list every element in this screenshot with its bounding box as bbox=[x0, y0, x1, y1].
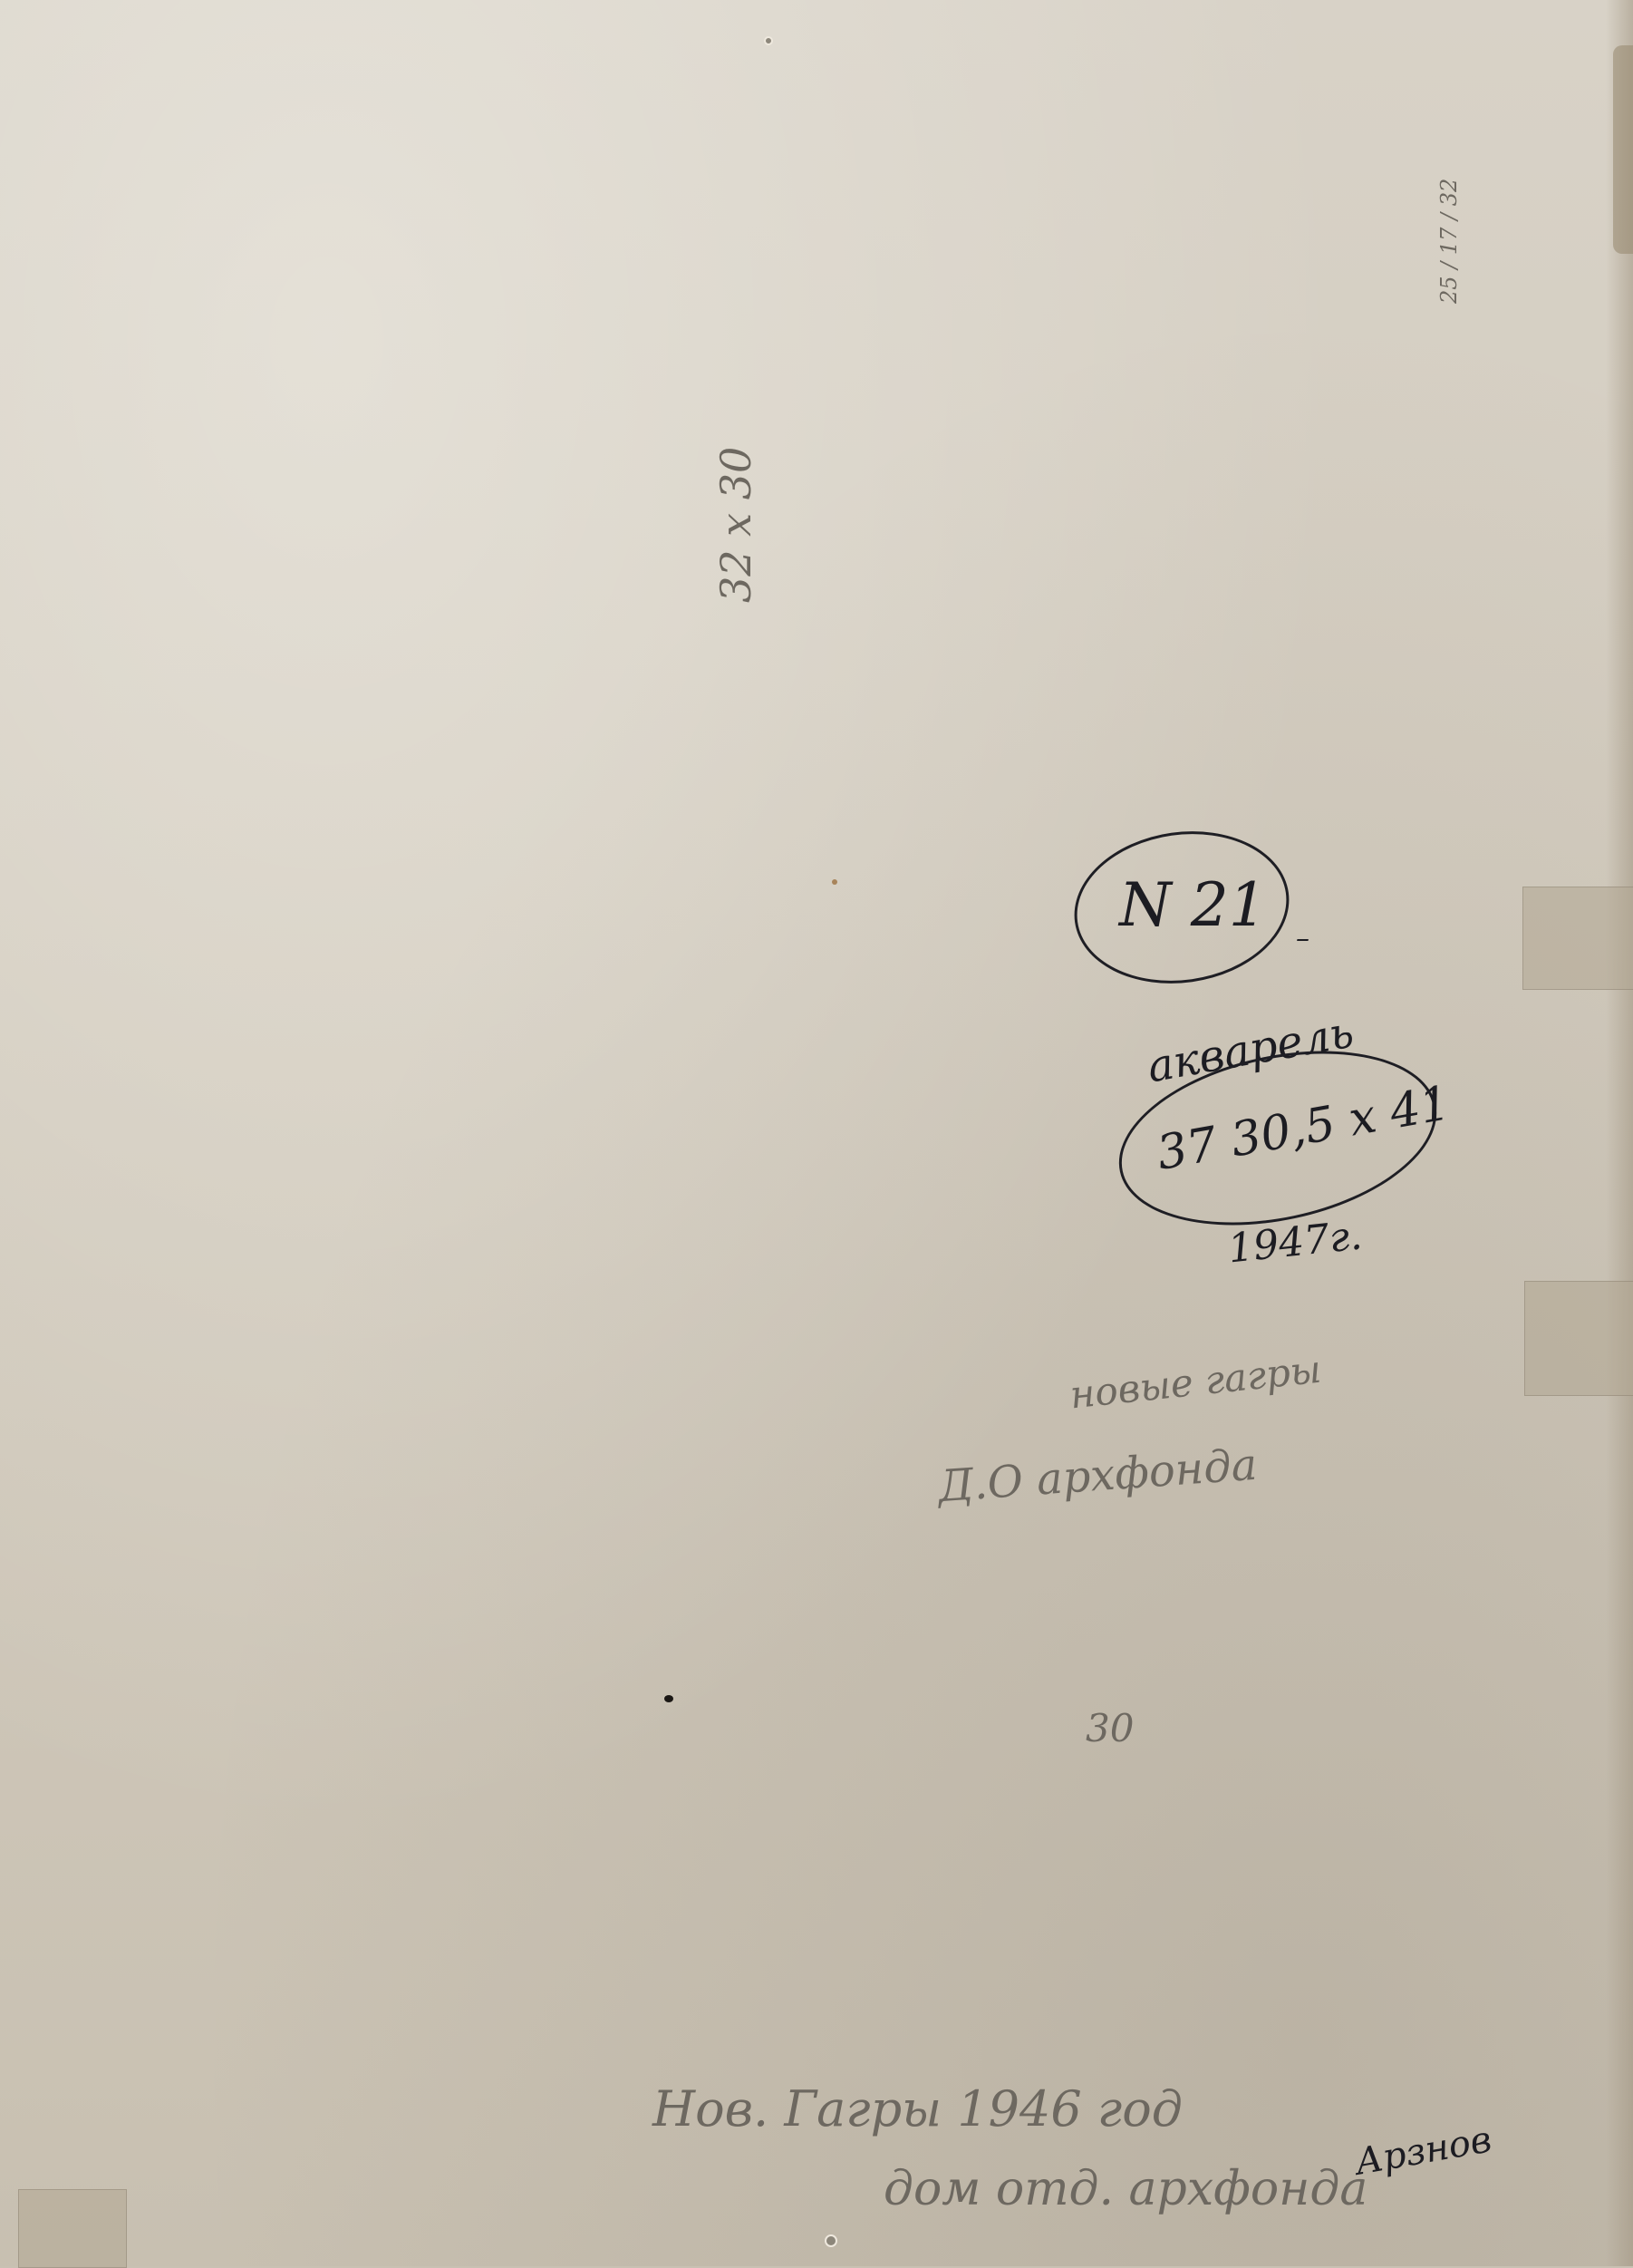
paper-edge-shadow bbox=[1606, 0, 1633, 2266]
tape-strip-bottom-left bbox=[18, 2189, 127, 2266]
signature: Арзнов bbox=[1352, 2118, 1494, 2184]
catalog-number: N 21 bbox=[1119, 870, 1267, 940]
rust-speck bbox=[832, 879, 837, 885]
dash-mark: – bbox=[1296, 923, 1309, 955]
bottom-line-2: дом отд. архфонда bbox=[884, 2162, 1367, 2216]
number-pencil: 30 bbox=[1086, 1706, 1134, 1750]
paper-stain bbox=[1613, 45, 1633, 254]
ink-speck bbox=[664, 1695, 673, 1702]
pin-hole-top bbox=[764, 36, 773, 45]
bottom-line-1: Нов. Гагры 1946 год bbox=[652, 2080, 1183, 2137]
dimensions-pencil-vertical: 32 x 30 bbox=[711, 447, 760, 603]
tape-strip-lower-right bbox=[1524, 1281, 1633, 1396]
corner-numbers: 25 / 17 / 32 bbox=[1436, 179, 1462, 304]
paper-sheet: 25 / 17 / 32 32 x 30 N 21 – акварель 37 … bbox=[0, 0, 1633, 2266]
place-pencil: новые гагры bbox=[1068, 1347, 1323, 1418]
building-pencil: Д.О архфонда bbox=[936, 1439, 1258, 1512]
pin-hole-bottom bbox=[825, 2234, 837, 2247]
tape-strip-upper-right bbox=[1522, 887, 1633, 990]
